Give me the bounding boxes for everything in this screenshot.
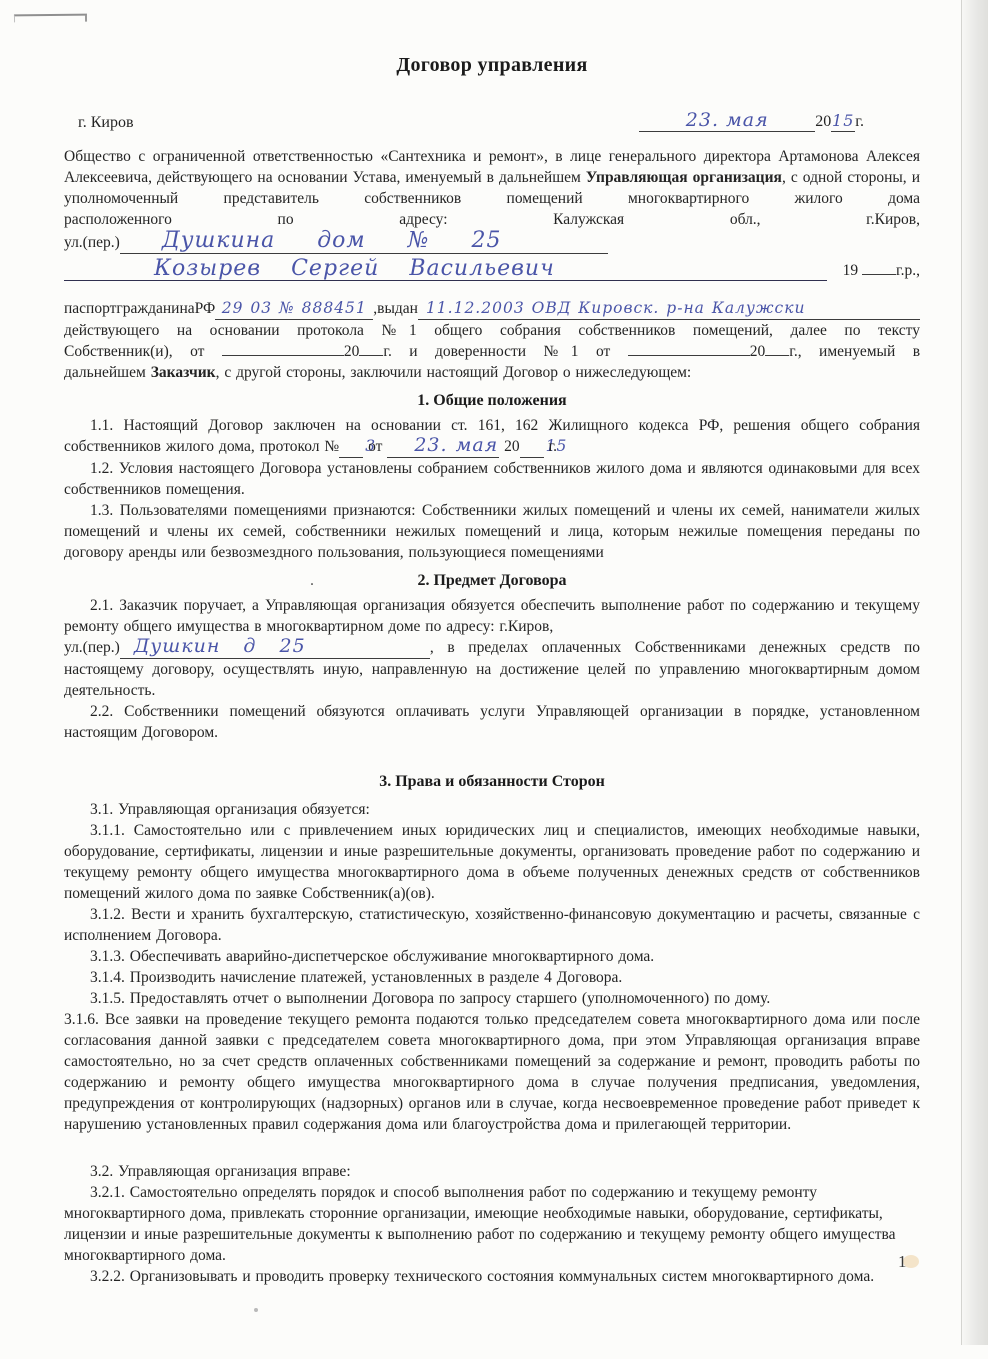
section-2-heading: .2. Предмет Договора [64,572,920,590]
issued-label: выдан [377,298,418,319]
final-post-text: , с другой стороны, заключили настоящий … [216,364,692,381]
birth-year-tail: 19 г.р., [843,262,920,280]
document-title: Договор управления [64,54,920,77]
clause-3-1-4: 3.1.4. Производить начисление платежей, … [64,967,920,988]
customer-bold: Заказчик [151,364,216,381]
owner-year-blank-2 [765,355,789,356]
street-label-2: ул.(пер.) [64,639,120,656]
clause-3-2: 3.2. Управляющая организация вправе: [64,1161,920,1182]
org-bold-name: Управляющая организация [586,169,782,186]
clause-3-1-1: 3.1.1. Самостоятельно или с привлечением… [64,820,920,904]
protocol-g: г. [549,438,557,455]
named-text: г., именуемый в [789,343,920,360]
customer-line: дальнейшем Заказчик, с другой стороны, з… [64,362,920,383]
street-blank-2: Душкин д 25 [120,637,430,659]
document-body: Договор управления г. Киров 23. мая2015г… [64,0,920,1287]
passport-word-3: РФ [195,298,216,319]
clause-1-3: 1.3. Пользователями помещениями признают… [64,500,920,563]
clause-2-1-street: ул.(пер.)Душкин д 25, в пределах оплачен… [64,637,920,701]
clause-1-1: 1.1. Настоящий Договор заключен на основ… [64,415,920,458]
passport-word-2: гражданина [116,298,194,319]
clause-2-1: 2.1. Заказчик поручает, а Управляющая ор… [64,595,920,637]
section-2-heading-text: 2. Предмет Договора [417,572,566,589]
year-suffix: г. [855,113,864,130]
handwritten-issued-by: 11.12.2003 ОВД Кировск. р-на Калужски [426,299,806,317]
scan-edge-shadow [961,0,988,1345]
clause-2-2: 2.2. Собственники помещений обязуются оп… [64,701,920,743]
preamble-org-paragraph: Общество с ограниченной ответственностью… [64,146,920,209]
address-line: расположенного по адресу: Калужская обл.… [64,209,920,230]
owner-name-line: Козырев Сергей Васильевич 19 г.р., [64,258,920,298]
issued-blank-line: 11.12.2003 ОВД Кировск. р-на Калужски [418,298,920,320]
owner-from-text: Собственник(и), от [64,343,204,360]
protocol-year-prefix: 20 [504,438,520,455]
clause-3-2-2: 3.2.2. Организовывать и проводить провер… [64,1266,920,1287]
passport-line: паспорт гражданина РФ29 03 № 888451, выд… [64,298,920,320]
clause-3-1: 3.1. Управляющая организация обязуется: [64,799,920,820]
section-1-heading: 1. Общие положения [64,392,920,410]
passport-number-segment: РФ29 03 № 888451, [195,298,377,320]
clause-3-1-5: 3.1.5. Предоставлять отчет о выполнении … [64,988,920,1009]
section-3-heading: 3. Права и обязанности Сторон [64,773,920,791]
handwritten-year: 15 [832,111,854,130]
owner-date-blank-2 [628,355,750,356]
clause-3-1-3: 3.1.3. Обеспечивать аварийно-диспетчерск… [64,946,920,967]
handwritten-owner-name: Козырев Сергей Васильевич [154,256,555,281]
protocol-number-blank: 3 [339,436,363,458]
final-pre-text: дальнейшем [64,364,151,381]
street-line: ул.(пер.)Душкина дом № 25 [64,230,920,254]
handwritten-street: Душкина дом № 25 [162,228,502,253]
name-blank-line: Козырев Сергей Васильевич [64,258,827,281]
year-blank: 15 [831,113,855,132]
owner-year-blank-1 [359,355,383,356]
power-of-attorney-text: г. и доверенности №1 от [383,343,610,360]
issued-segment: выдан11.12.2003 ОВД Кировск. р-на Калужс… [377,298,920,320]
clause-3-1-2: 3.1.2. Вести и хранить бухгалтерскую, ст… [64,904,920,946]
scan-speck [254,1308,258,1312]
handwritten-date: 23. мая [686,109,769,131]
city-label: г. Киров [64,114,134,132]
birth-year-blank [862,274,896,275]
clause-3-2-1: 3.2.1. Самостоятельно определять порядок… [64,1182,920,1266]
protocol-year-blank: 15 [520,436,544,458]
protocol-basis-line: действующего на основании протокола №1 о… [64,320,920,341]
birth-year-prefix: 19 [843,262,859,279]
owner-date-blank-1 [222,355,344,356]
handwritten-street-2: Душкин д 25 [120,635,306,657]
handwritten-protocol-date: 23. мая [414,434,498,456]
date-block: 23. мая2015г. [639,111,864,132]
section-gap [64,1135,920,1161]
handwritten-passport-number: 29 03 № 888451 [222,299,367,317]
passport-word-1: паспорт [64,298,116,319]
owner-dates-line: Собственник(и), от 20г. и доверенности №… [64,341,920,362]
page-number: 1 [898,1252,907,1272]
street-blank-line: Душкина дом № 25 [120,230,608,254]
passport-number-blank: 29 03 № 888451 [215,298,373,320]
owner-year-1: 20 [344,343,360,360]
street-label: ул.(пер.) [64,234,120,251]
ot-word: от [368,438,382,455]
owner-year-2: 20 [750,343,766,360]
clause-1-2: 1.2. Условия настоящего Договора установ… [64,458,920,500]
city-date-row: г. Киров 23. мая2015г. [64,111,920,132]
year-prefix: 20 [815,113,831,130]
birth-year-suffix: г.р., [896,262,920,279]
protocol-date-blank: 23. мая [387,436,499,458]
clause-3-1-6: 3.1.6. Все заявки на проведение текущего… [64,1009,920,1135]
date-blank-line: 23. мая [639,111,815,132]
stray-dot: . [310,572,314,590]
